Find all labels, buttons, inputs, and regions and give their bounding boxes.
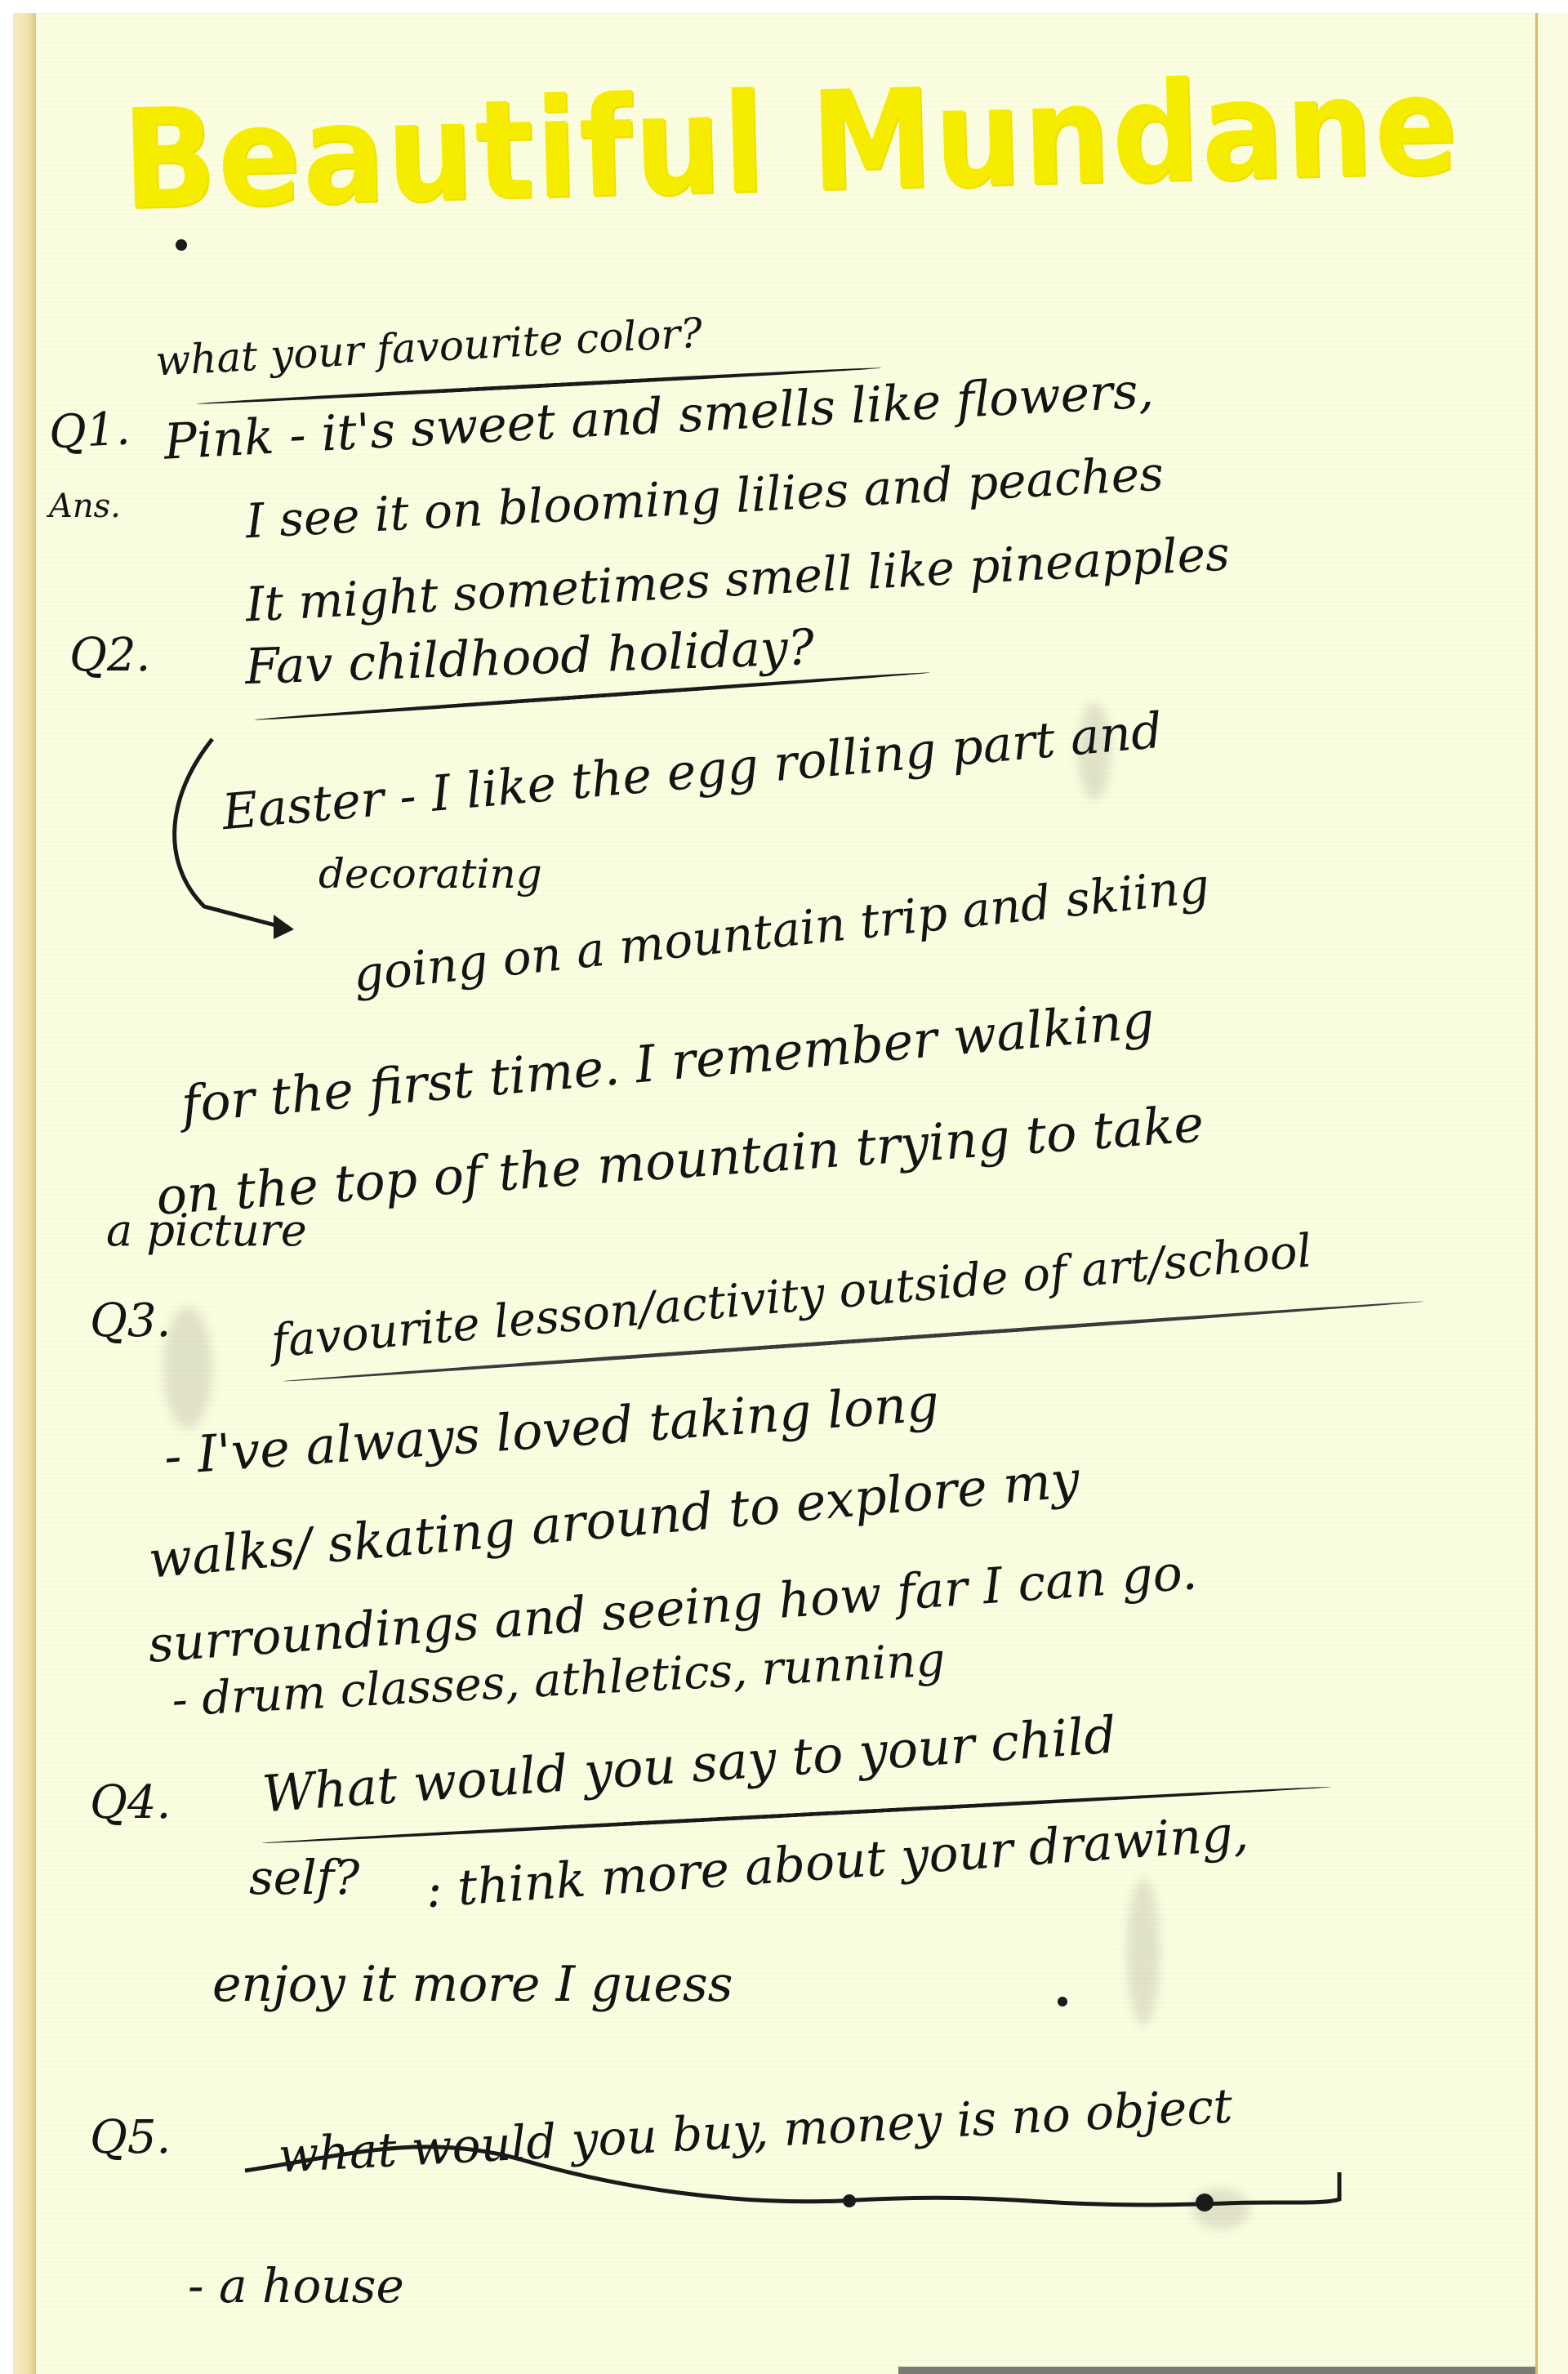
q5-underline — [0, 0, 1568, 2374]
q5-answer-line: - a house — [188, 2262, 404, 2309]
